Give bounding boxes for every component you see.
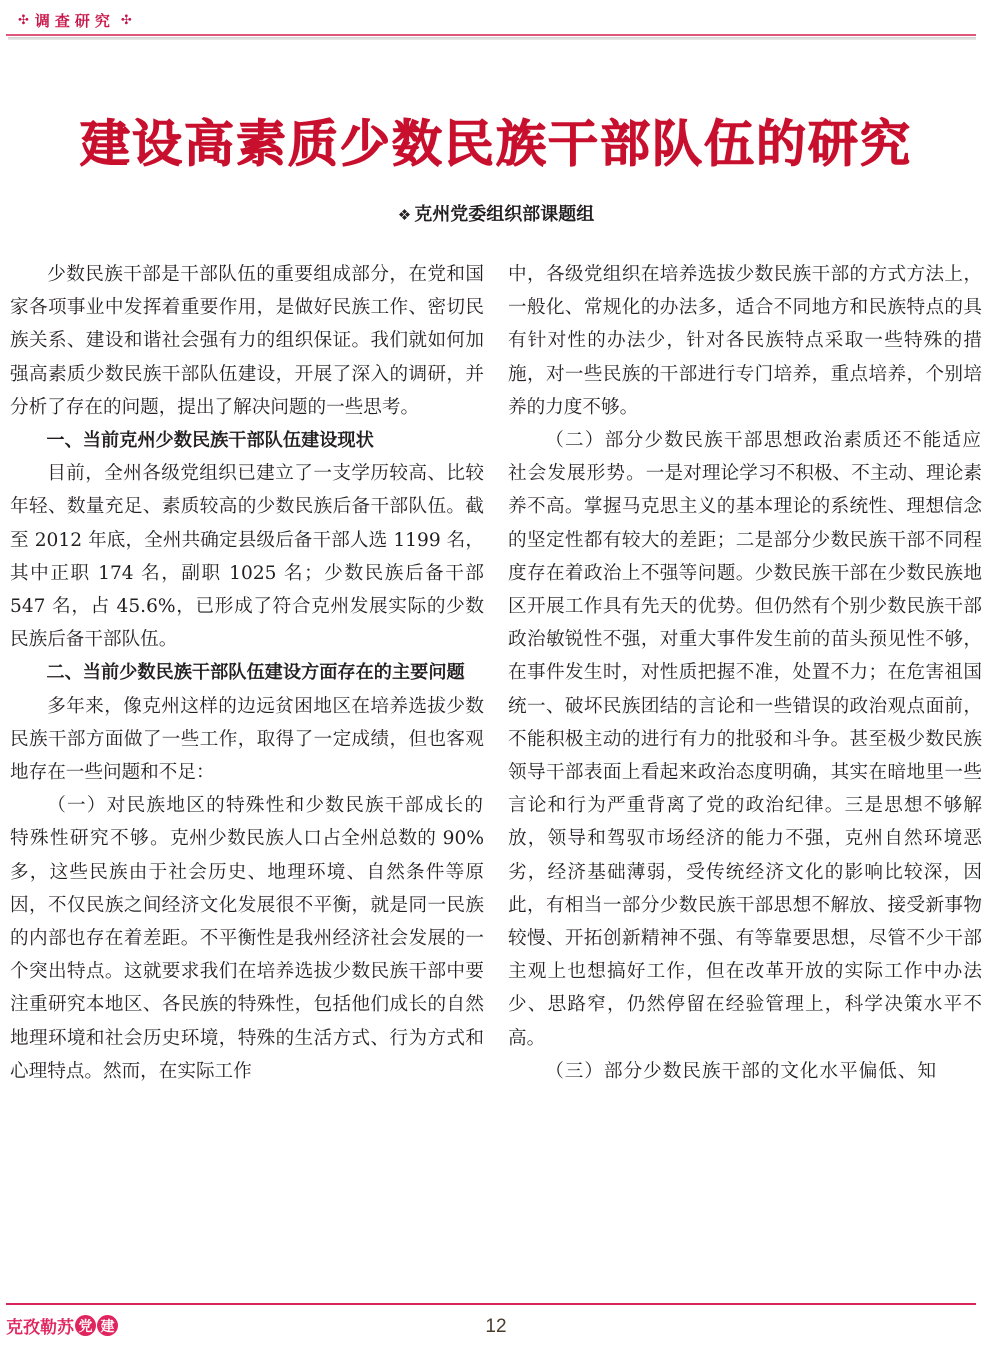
left-column: 少数民族干部是干部队伍的重要组成部分，在党和国家各项事业中发挥着重要作用，是做好… bbox=[10, 258, 484, 1088]
section-heading: 二、当前少数民族干部队伍建设方面存在的主要问题 bbox=[10, 656, 484, 689]
byline-author: 克州党委组织部课题组 bbox=[414, 204, 594, 225]
article-title: 建设高素质少数民族干部队伍的研究 bbox=[0, 104, 992, 176]
paragraph: （三）部分少数民族干部的文化水平偏低、知 bbox=[508, 1055, 982, 1088]
paragraph: 多年来，像克州这样的边远贫困地区在培养选拔少数民族干部方面做了一些工作，取得了一… bbox=[10, 690, 484, 790]
paragraph-text: 克州少数民族人口占全州总数的 90%多，这些民族由于社会历史、地理环境、自然条件… bbox=[10, 828, 484, 1081]
paragraph: 少数民族干部是干部队伍的重要组成部分，在党和国家各项事业中发挥着重要作用，是做好… bbox=[10, 258, 484, 424]
article-byline: ❖克州党委组织部课题组 bbox=[0, 200, 992, 226]
subsection-lead: （三）部分少数民族干部的文化水平偏低、知 bbox=[545, 1061, 937, 1082]
header-rule-shadow bbox=[8, 37, 976, 40]
section-header: ✣ 调查研究 ✣ bbox=[18, 10, 132, 31]
paragraph-text: 一是对理论学习不积极、不主动、理论素养不高。掌握马克思主义的基本理论的系统性、理… bbox=[508, 463, 982, 1048]
paragraph-continued: 中，各级党组织在培养选拔少数民族干部的方式方法上，一般化、常规化的办法多，适合不… bbox=[508, 258, 982, 424]
section-label: 调查研究 bbox=[35, 10, 115, 31]
paragraph: （二）部分少数民族干部思想政治素质还不能适应社会发展形势。一是对理论学习不积极、… bbox=[508, 424, 982, 1055]
article-body: 少数民族干部是干部队伍的重要组成部分，在党和国家各项事业中发挥着重要作用，是做好… bbox=[10, 258, 982, 1088]
diamond-bullet-icon: ❖ bbox=[398, 206, 411, 224]
paragraph: 目前，全州各级党组织已建立了一支学历较高、比较年轻、数量充足、素质较高的少数民族… bbox=[10, 457, 484, 656]
section-heading: 一、当前克州少数民族干部队伍建设现状 bbox=[10, 424, 484, 457]
paragraph: （一）对民族地区的特殊性和少数民族干部成长的特殊性研究不够。克州少数民族人口占全… bbox=[10, 789, 484, 1088]
flower-ornament-icon: ✣ bbox=[18, 13, 29, 28]
right-column: 中，各级党组织在培养选拔少数民族干部的方式方法上，一般化、常规化的办法多，适合不… bbox=[508, 258, 982, 1088]
page-number: 12 bbox=[0, 1316, 992, 1338]
flower-ornament-icon: ✣ bbox=[121, 13, 132, 28]
header-rule bbox=[6, 34, 976, 36]
footer-rule bbox=[6, 1303, 976, 1305]
